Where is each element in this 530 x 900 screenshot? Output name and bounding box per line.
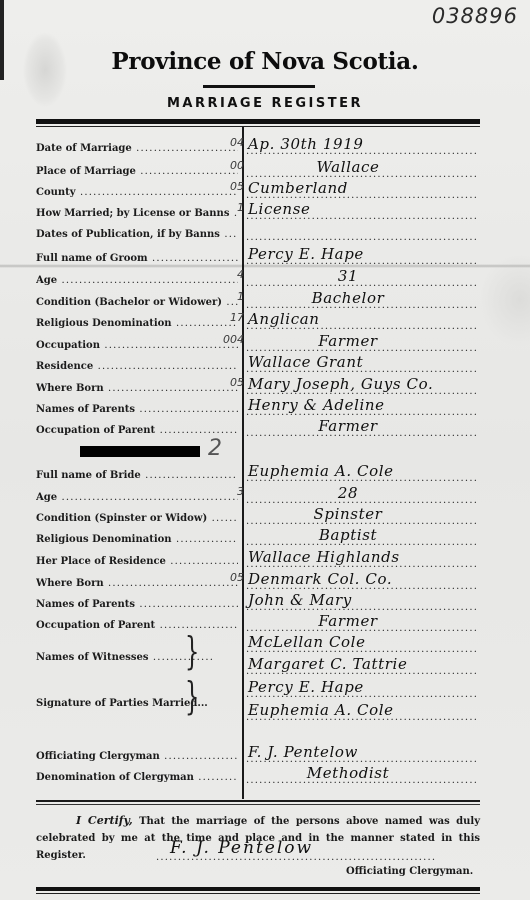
field-value: 28 xyxy=(248,484,448,502)
field-code: 004 xyxy=(214,333,244,346)
field-code: 17 xyxy=(214,311,244,324)
header-divider xyxy=(36,119,480,124)
field-label: Residence xyxy=(36,361,238,372)
field-label: Names of Parents xyxy=(36,404,238,415)
footer-divider xyxy=(36,800,480,802)
field-label: Officiating Clergyman xyxy=(36,751,238,762)
end-divider xyxy=(36,887,480,891)
marriage-field-row: Date of Marriage04......................… xyxy=(36,140,480,160)
field-label: Condition (Spinster or Widow) xyxy=(36,513,238,524)
footer-divider-thin xyxy=(36,804,480,805)
field-label: Full name of Bride xyxy=(36,470,238,481)
field-label: Occupation of Parent xyxy=(36,425,238,436)
field-value: Farmer xyxy=(248,612,448,630)
field-label: Names of Parents xyxy=(36,599,238,610)
field-code: 05 xyxy=(214,571,244,584)
page-title: Province of Nova Scotia. xyxy=(0,48,530,75)
field-code: 00 xyxy=(214,159,244,172)
field-label: Age xyxy=(36,275,238,286)
field-label: Religious Denomination xyxy=(36,318,238,329)
field-value: Methodist xyxy=(248,764,448,782)
clergy-field-row: Denomination of Clergyman...............… xyxy=(36,769,480,789)
field-value: Ap. 30th 1919 xyxy=(248,135,518,153)
field-value: Spinster xyxy=(248,505,448,523)
field-code: 1 xyxy=(214,290,244,303)
field-value: John & Mary xyxy=(248,591,518,609)
section-mark: 2 xyxy=(208,436,222,461)
field-label: Her Place of Residence xyxy=(36,556,238,567)
field-code: 05 xyxy=(214,180,244,193)
field-value: Wallace Highlands xyxy=(248,548,518,566)
document-number: 038896 xyxy=(432,4,518,28)
field-value: Wallace Grant xyxy=(248,353,518,371)
field-code: 1 xyxy=(214,201,244,214)
certify-lead: I Certify, xyxy=(36,814,133,827)
field-label: Dates of Publication, if by Banns xyxy=(36,229,238,240)
end-divider-thin xyxy=(36,893,480,894)
field-value: Bachelor xyxy=(248,289,448,307)
field-value: Baptist xyxy=(248,526,448,544)
field-value: Henry & Adeline xyxy=(248,396,518,414)
field-label: Condition (Bachelor or Widower) xyxy=(36,297,238,308)
field-value: Percy E. Hape xyxy=(248,245,518,263)
field-label: Where Born xyxy=(36,578,238,589)
field-label: How Married; by License or Banns xyxy=(36,208,238,219)
clergy-signature: F. J. Pentelow xyxy=(170,838,313,858)
page-subtitle: MARRIAGE REGISTER xyxy=(0,96,530,111)
marriage-field-row: Dates of Publication, if by Banns.......… xyxy=(36,226,480,246)
field-value: Euphemia A. Cole xyxy=(248,462,518,480)
field-label: Place of Marriage xyxy=(36,166,238,177)
field-code: 04 xyxy=(214,136,244,149)
field-value: Anglican xyxy=(248,310,518,328)
field-code: 05 xyxy=(214,376,244,389)
header-divider-thin xyxy=(36,126,480,127)
field-label: Occupation of Parent xyxy=(36,620,238,631)
field-code: 3 xyxy=(214,485,244,498)
title-underline xyxy=(203,85,315,88)
witness-brace-icon: } xyxy=(185,632,200,670)
field-value: Percy E. Hape xyxy=(248,678,518,696)
field-value: Wallace xyxy=(248,158,448,176)
field-label: Occupation xyxy=(36,340,238,351)
field-label: Where Born xyxy=(36,383,238,394)
field-value: License xyxy=(248,200,518,218)
signature-row: Signature of Parties Married............… xyxy=(36,706,480,726)
field-label: Religious Denomination xyxy=(36,534,238,545)
field-label: County xyxy=(36,187,238,198)
field-value: Margaret C. Tattrie xyxy=(248,655,518,673)
field-code: 4 xyxy=(214,268,244,281)
witness-row: Names of Witnesses......................… xyxy=(36,660,480,680)
field-label: Signature of Parties Married... xyxy=(36,698,238,709)
field-value: Mary Joseph, Guys Co. xyxy=(248,375,518,393)
field-label: Denomination of Clergyman xyxy=(36,772,238,783)
field-value: Euphemia A. Cole xyxy=(248,701,518,719)
field-label: Date of Marriage xyxy=(36,143,238,154)
value-dotted-line: ........................................… xyxy=(246,232,476,243)
field-label: Full name of Groom xyxy=(36,253,238,264)
field-value: McLellan Cole xyxy=(248,633,518,651)
field-value: 31 xyxy=(248,267,448,285)
field-label: Age xyxy=(36,492,238,503)
field-value: Denmark Col. Co. xyxy=(248,570,518,588)
field-value: Farmer xyxy=(248,332,448,350)
field-value: Farmer xyxy=(248,417,448,435)
field-value: F. J. Pentelow xyxy=(248,743,518,761)
marriage-field-row: How Married; by License or Banns1.......… xyxy=(36,205,480,225)
field-value: Cumberland xyxy=(248,179,518,197)
signature-caption: Officiating Clergyman. xyxy=(346,866,473,877)
groom-field-row: Occupation of Parent....................… xyxy=(36,422,480,442)
redaction-bar xyxy=(80,446,200,457)
signature-brace-icon: } xyxy=(185,677,200,715)
